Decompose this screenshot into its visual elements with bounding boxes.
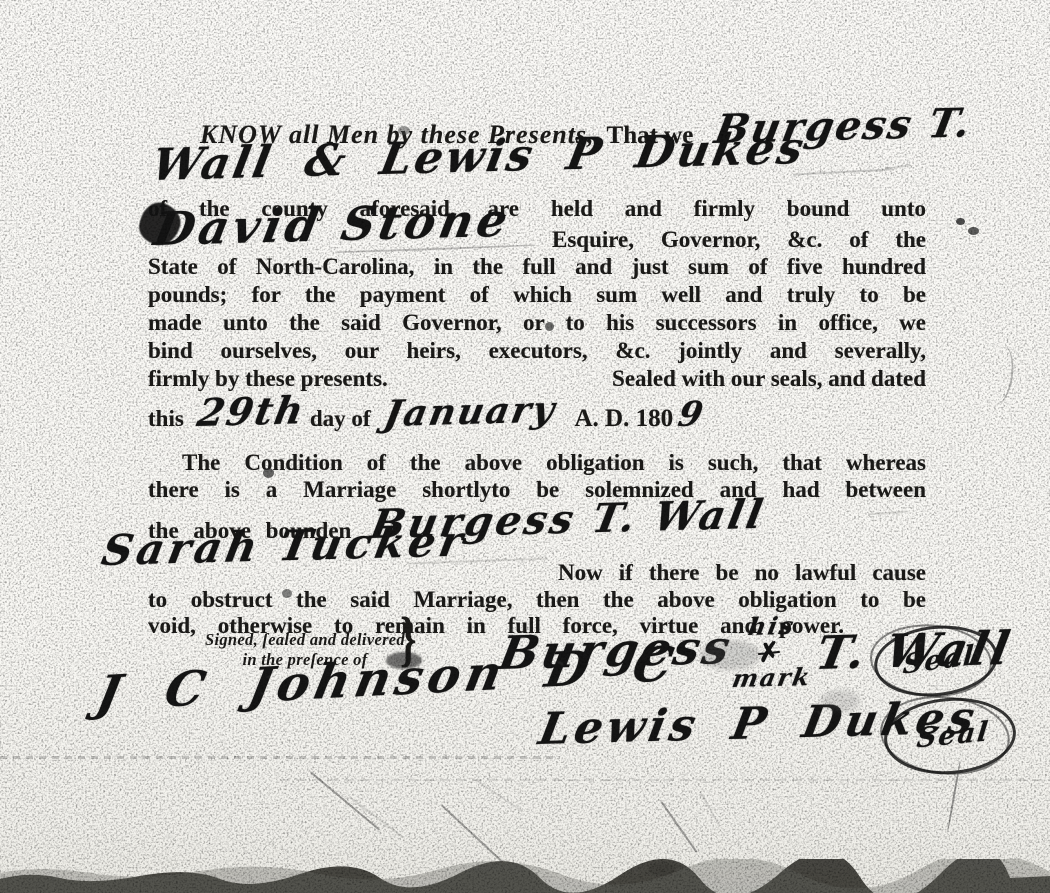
marriage-bond-document: KNOW all Men by these Presents, That we …	[0, 0, 1050, 893]
pen-dash-mark	[885, 164, 911, 170]
printed-day-of: day of	[310, 406, 371, 432]
ink-speck	[263, 468, 274, 478]
scratch-mark	[476, 780, 523, 812]
printed-line-esquire: Esquire, Governor, &c. of the	[552, 227, 926, 253]
attestation-line1: Signed, ſealed and delivered	[196, 630, 414, 650]
seal-stamp-bottom: Seal	[882, 693, 1019, 778]
seal-bottom-label: Seal	[915, 716, 991, 754]
fold-crease-line	[0, 756, 560, 759]
ink-speck	[545, 322, 554, 331]
scratch-mark	[348, 796, 404, 839]
condition-line5: to obstruct the said Marriage, then the …	[148, 587, 926, 613]
pen-dash-mark	[793, 168, 891, 175]
ink-speck	[968, 227, 979, 235]
gray-smudge	[648, 862, 676, 876]
printed-year-prefix: A. D. 180	[574, 405, 673, 433]
handwritten-month: January	[381, 389, 560, 435]
gray-smudge	[820, 690, 860, 712]
ink-speck	[956, 218, 965, 225]
ink-speck	[398, 126, 410, 135]
printed-this: this	[148, 406, 184, 432]
printed-line-bind: bind ourselves, our heirs, executors, &c…	[148, 338, 926, 364]
condition-line4: Now if there be no lawful cause	[558, 560, 926, 586]
handwritten-bride-name: Sarah Tucker	[98, 517, 471, 575]
scratch-mark	[699, 791, 721, 827]
printed-line-made: made unto the said Governor, or to his s…	[148, 310, 926, 336]
printed-line-state: State of North-Carolina, in the full and…	[148, 254, 926, 280]
seal-top-label: Seal	[902, 639, 977, 680]
scratch-mark	[660, 801, 697, 853]
his-label: his	[746, 611, 798, 641]
date-line: this 29th day of January A. D. 180 9	[148, 390, 701, 435]
handwritten-year-digit: 9	[675, 394, 708, 435]
scan-bottom-edge	[0, 859, 1050, 893]
printed-sealed: Sealed with our seals, and dated	[612, 366, 926, 392]
gray-smudge	[700, 640, 760, 670]
his-mark-cross-icon: ✗	[757, 640, 781, 666]
pen-dash-mark	[868, 511, 906, 516]
scratch-mark	[441, 804, 505, 863]
ink-speck	[282, 589, 292, 598]
printed-line-pounds: pounds; for the payment of which sum wel…	[148, 282, 926, 308]
faint-curve-mark	[981, 343, 1017, 406]
fold-crease-line	[280, 779, 1050, 781]
handwritten-day: 29th	[194, 387, 309, 435]
